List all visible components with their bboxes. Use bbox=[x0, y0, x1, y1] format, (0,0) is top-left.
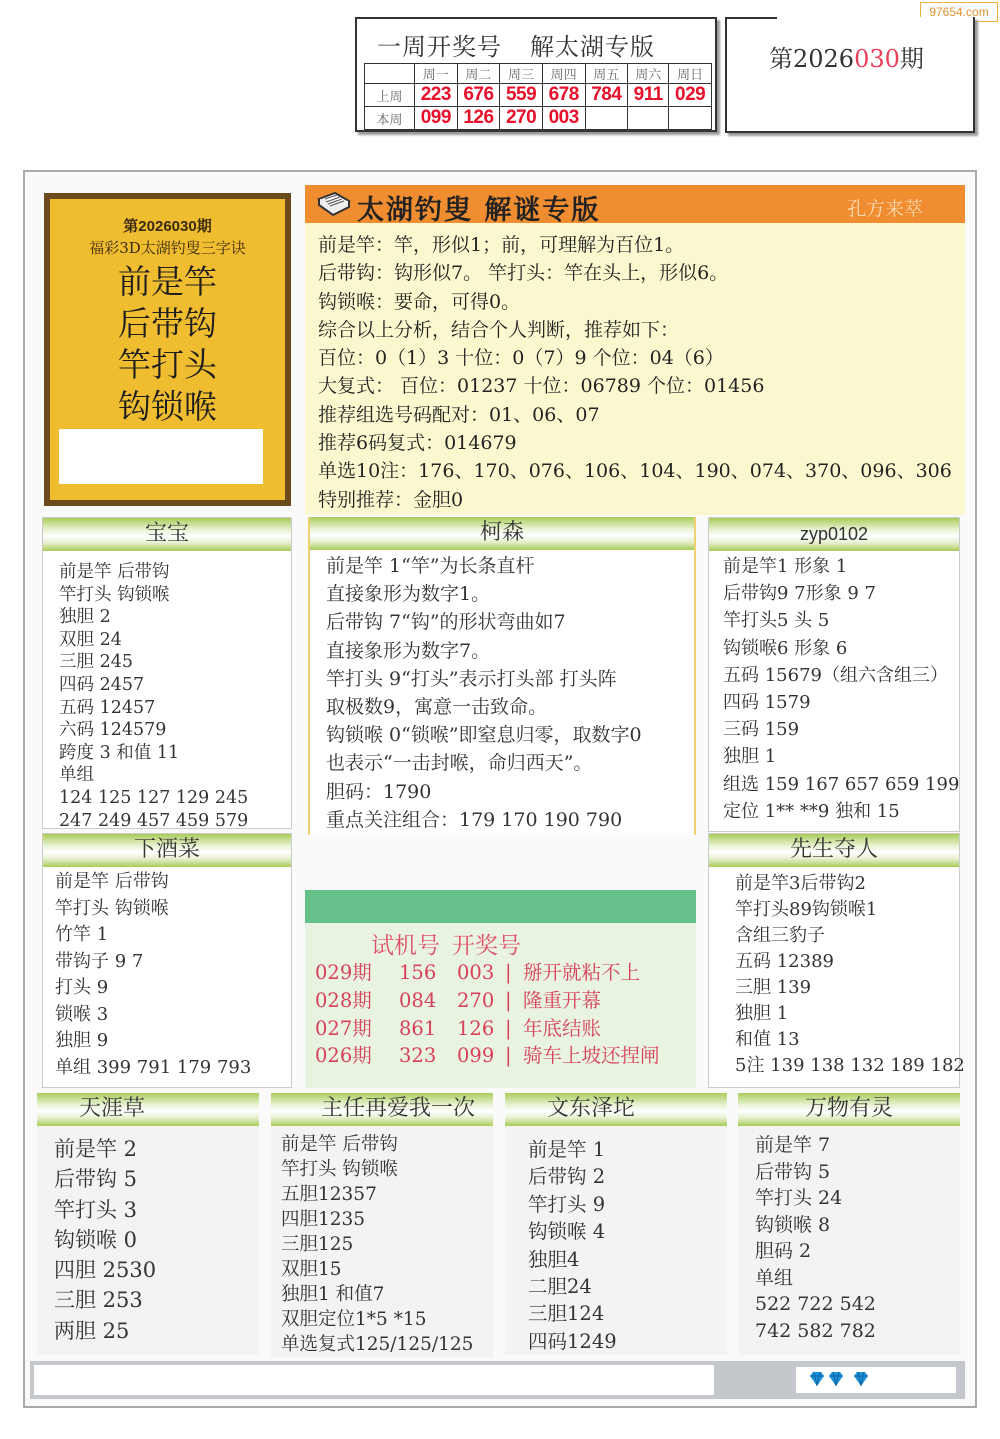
trial-note: 骑车上坡还捏闸 bbox=[523, 1042, 660, 1070]
footer-blank bbox=[34, 1365, 714, 1395]
day-header: 周三 bbox=[500, 64, 543, 84]
panel-line: 打头 9 bbox=[55, 975, 291, 1002]
panel-line: 单选复式125/125/125 bbox=[281, 1332, 493, 1357]
draw-number: 678 bbox=[542, 84, 585, 107]
panel-xianshengduoren: 先生夺人 前是竿3后带钩2 竿打头89钩锁喉1 含组三豹子 五码 12389 三… bbox=[708, 833, 960, 1088]
panel-line: 四胆 2530 bbox=[54, 1255, 259, 1285]
panel-line: 前是竿 后带钩 bbox=[55, 869, 291, 896]
panel-line: 独胆 2 bbox=[59, 606, 291, 629]
panel-line: 直接象形为数字1。 bbox=[326, 580, 694, 608]
trial-row: 028期084270|隆重开幕 bbox=[315, 987, 660, 1015]
trial-header-bar bbox=[305, 890, 696, 923]
panel-title: 柯森 bbox=[310, 517, 694, 550]
panel-line: 三胆125 bbox=[281, 1232, 493, 1257]
day-header: 周日 bbox=[669, 64, 712, 84]
frame-line bbox=[727, 17, 777, 19]
riddle-issue: 第2026030期 bbox=[50, 215, 285, 236]
panel-line: 522 722 542 bbox=[755, 1291, 960, 1318]
panel-line: 竿打头 9 bbox=[528, 1191, 727, 1218]
panel-title: zyp0102 bbox=[709, 518, 959, 551]
panel-wanwuyouling: 万物有灵 前是竿 7 后带钩 5 竿打头 24 钩锁喉 8 胆码 2 单组 52… bbox=[738, 1093, 960, 1355]
panel-line: 锁喉 3 bbox=[55, 1002, 291, 1029]
panel-line: 双胆 24 bbox=[59, 629, 291, 652]
draw-number bbox=[669, 107, 712, 130]
panel-line: 三胆 139 bbox=[735, 975, 959, 1001]
draw-number: 003 bbox=[542, 107, 585, 130]
panel-line: 前是竿 1 bbox=[528, 1136, 727, 1163]
issue-box: 第2026030期 bbox=[725, 17, 975, 133]
analysis-body: 前是竿：竿，形似1；前，可理解为百位1。 后带钩：钩形似7。 竿打头：竿在头上，… bbox=[305, 223, 965, 515]
panel-line: 竿打头 3 bbox=[54, 1195, 259, 1225]
trial-title: 试机号开奖号 bbox=[371, 927, 533, 960]
panel-title: 主任再爱我一次 bbox=[271, 1093, 493, 1126]
panel-xiajiucai: 下酒菜 前是竿 后带钩 竿打头 钩锁喉 竹竿 1 带钩子 9 7 打头 9 锁喉… bbox=[42, 833, 292, 1088]
panel-body: 前是竿 后带钩 竿打头 钩锁喉 独胆 2 双胆 24 三胆 245 四码 245… bbox=[43, 551, 291, 832]
corner-cell bbox=[365, 64, 415, 84]
riddle-line: 后带钩 bbox=[50, 303, 285, 345]
panel-tianyacao: 天涯草 前是竿 2 后带钩 5 竿打头 3 钩锁喉 0 四胆 2530 三胆 2… bbox=[37, 1093, 259, 1355]
panel-line: 双胆定位1*5 *15 bbox=[281, 1307, 493, 1332]
panel-body: 前是竿3后带钩2 竿打头89钩锁喉1 含组三豹子 五码 12389 三胆 139… bbox=[709, 867, 959, 1079]
panel-line: 重点关注组合：179 170 190 790 bbox=[326, 806, 694, 834]
panel-title: 宝宝 bbox=[43, 518, 291, 551]
panel-line: 也表示“一击封喉，命归西天”。 bbox=[326, 749, 694, 777]
panel-zyp0102: zyp0102 前是竿1 形象 1 后带钩9 7形象 9 7 竿打头5 头 5 … bbox=[708, 517, 960, 832]
draw-number: 676 bbox=[457, 84, 500, 107]
analysis-line: 推荐组选号码配对：01、06、07 bbox=[318, 401, 965, 429]
panel-line: 独胆4 bbox=[528, 1246, 727, 1273]
trial-note: 年底结账 bbox=[523, 1015, 601, 1043]
panel-line: 竿打头 钩锁喉 bbox=[281, 1157, 493, 1182]
diamond-icon bbox=[854, 1371, 868, 1387]
draw-number: 559 bbox=[500, 84, 543, 107]
trial-number: 323 bbox=[399, 1042, 457, 1070]
panel-line: 前是竿 2 bbox=[54, 1134, 259, 1164]
panel-wendongzetuo: 文东泽坨 前是竿 1 后带钩 2 竿打头 9 钩锁喉 4 独胆4 二胆24 三胆… bbox=[505, 1093, 727, 1355]
trial-issue: 026期 bbox=[315, 1042, 399, 1070]
this-week-row: 本周 099 126 270 003 bbox=[365, 107, 712, 130]
panel-line: 胆码：1790 bbox=[326, 778, 694, 806]
trial-row: 029期156003|掰开就粘不上 bbox=[315, 959, 660, 987]
draw-number: 223 bbox=[415, 84, 458, 107]
riddle-title-box: 第2026030期 福彩3D太湖钓叟三字诀 前是竿 后带钩 竿打头 钩锁喉 bbox=[44, 193, 291, 506]
panel-line: 三胆 253 bbox=[54, 1285, 259, 1315]
issue-number: 第2026030期 bbox=[769, 39, 924, 74]
panel-zhuren: 主任再爱我一次 前是竿 后带钩 竿打头 钩锁喉 五胆12357 四胆1235 三… bbox=[271, 1093, 493, 1358]
panel-line: 三码 159 bbox=[723, 716, 959, 743]
trial-rows: 029期156003|掰开就粘不上 028期084270|隆重开幕 027期86… bbox=[315, 959, 660, 1070]
analysis-line: 推荐6码复式：014679 bbox=[318, 429, 965, 457]
row-label: 本周 bbox=[365, 107, 415, 130]
draw-number: 784 bbox=[585, 84, 628, 107]
analysis-line: 特别推荐：金胆0 bbox=[318, 486, 965, 514]
panel-line: 跨度 3 和值 11 bbox=[59, 742, 291, 765]
panel-line: 四码 2457 bbox=[59, 674, 291, 697]
trial-issue: 028期 bbox=[315, 987, 399, 1015]
analysis-line: 后带钩：钩形似7。 竿打头：竿在头上，形似6。 bbox=[318, 259, 965, 287]
panel-line: 钩锁喉 0“锁喉”即窒息归零，取数字0 bbox=[326, 721, 694, 749]
draw-number: 099 bbox=[457, 1042, 505, 1070]
panel-title: 先生夺人 bbox=[709, 834, 959, 867]
last-week-row: 上周 223 676 559 678 784 911 029 bbox=[365, 84, 712, 107]
panel-line: 和值 13 bbox=[735, 1027, 959, 1053]
draw-number: 911 bbox=[628, 84, 669, 107]
panel-line: 竿打头89钩锁喉1 bbox=[735, 897, 959, 923]
panel-line: 六码 124579 bbox=[59, 719, 291, 742]
panel-line: 竿打头 钩锁喉 bbox=[59, 584, 291, 607]
panel-line: 二胆24 bbox=[528, 1273, 727, 1300]
panel-line: 前是竿 7 bbox=[755, 1132, 960, 1159]
panel-line: 四码1249 bbox=[528, 1328, 727, 1355]
trial-label: 试机号 bbox=[371, 933, 440, 959]
draw-number bbox=[628, 107, 669, 130]
panel-line: 三胆 245 bbox=[59, 651, 291, 674]
draw-label: 开奖号 bbox=[452, 933, 521, 959]
panel-line: 钩锁喉6 形象 6 bbox=[723, 635, 959, 662]
diamond-icon bbox=[810, 1371, 824, 1387]
panel-line: 直接象形为数字7。 bbox=[326, 637, 694, 665]
draw-number: 270 bbox=[457, 987, 505, 1015]
riddle-lines: 前是竿 后带钩 竿打头 钩锁喉 bbox=[50, 261, 285, 427]
panel-line: 钩锁喉 4 bbox=[528, 1218, 727, 1245]
analysis-line: 大复式： 百位：01237 十位：06789 个位：01456 bbox=[318, 372, 965, 400]
panel-line: 含组三豹子 bbox=[735, 923, 959, 949]
riddle-subtitle: 福彩3D太湖钓叟三字诀 bbox=[50, 237, 285, 258]
panel-line: 独胆 9 bbox=[55, 1028, 291, 1055]
weekly-title-text: 一周开奖号 bbox=[377, 33, 502, 61]
panel-line: 竹竿 1 bbox=[55, 922, 291, 949]
panel-body: 前是竿 后带钩 竿打头 钩锁喉 五胆12357 四胆1235 三胆125 双胆1… bbox=[271, 1126, 493, 1357]
panel-line: 后带钩 5 bbox=[54, 1164, 259, 1194]
panel-line: 5注 139 138 132 189 182 bbox=[735, 1053, 959, 1079]
panel-line: 五胆12357 bbox=[281, 1182, 493, 1207]
panel-body: 前是竿 1“竿”为长条直杆 直接象形为数字1。 后带钩 7“钩”的形状弯曲如7 … bbox=[310, 550, 694, 834]
panel-line: 前是竿 后带钩 bbox=[59, 561, 291, 584]
trial-issue: 027期 bbox=[315, 1015, 399, 1043]
panel-line: 后带钩 5 bbox=[755, 1159, 960, 1186]
panel-line: 后带钩 2 bbox=[528, 1163, 727, 1190]
trial-number: 084 bbox=[399, 987, 457, 1015]
panel-line: 五码 15679（组六含组三） bbox=[723, 662, 959, 689]
draw-number: 126 bbox=[457, 107, 500, 130]
panel-line: 后带钩 7“钩”的形状弯曲如7 bbox=[326, 608, 694, 636]
panel-line: 124 125 127 129 245 bbox=[59, 787, 291, 810]
draw-number: 126 bbox=[457, 1015, 505, 1043]
panel-line: 前是竿3后带钩2 bbox=[735, 871, 959, 897]
panel-kesen: 柯森 前是竿 1“竿”为长条直杆 直接象形为数字1。 后带钩 7“钩”的形状弯曲… bbox=[308, 517, 696, 835]
panel-title: 下酒菜 bbox=[43, 834, 291, 867]
weekly-draws-box: 一周开奖号解太湖专版 周一 周二 周三 周四 周五 周六 周日 上周 223 6… bbox=[355, 17, 717, 132]
analysis-line: 百位：0（1）3 十位：0（7）9 个位：04（6） bbox=[318, 344, 965, 372]
trial-number: 156 bbox=[399, 959, 457, 987]
panel-body: 前是竿 2 后带钩 5 竿打头 3 钩锁喉 0 四胆 2530 三胆 253 两… bbox=[37, 1126, 259, 1346]
trial-row: 027期861126|年底结账 bbox=[315, 1015, 660, 1043]
panel-line: 竿打头 9“打头”表示打头部 打头阵 bbox=[326, 665, 694, 693]
panel-line: 独胆 1 bbox=[735, 1001, 959, 1027]
issue-suffix: 期 bbox=[900, 45, 924, 73]
panel-line: 竿打头 24 bbox=[755, 1185, 960, 1212]
row-label: 上周 bbox=[365, 84, 415, 107]
panel-line: 独胆1 和值7 bbox=[281, 1282, 493, 1307]
day-header: 周六 bbox=[628, 64, 669, 84]
panel-line: 三胆124 bbox=[528, 1300, 727, 1327]
diamond-icon bbox=[829, 1371, 843, 1387]
panel-line: 四码 1579 bbox=[723, 689, 959, 716]
day-header: 周一 bbox=[415, 64, 458, 84]
analysis-line: 单选10注：176、170、076、106、104、190、074、370、09… bbox=[318, 457, 965, 485]
draw-number: 270 bbox=[500, 107, 543, 130]
day-header: 周五 bbox=[585, 64, 628, 84]
draw-number bbox=[585, 107, 628, 130]
panel-line: 取极数9，寓意一击致命。 bbox=[326, 693, 694, 721]
footer-gems bbox=[796, 1367, 956, 1393]
panel-line: 四胆1235 bbox=[281, 1207, 493, 1232]
analysis-header: 太湖钓叟 解谜专版 孔方来萃 bbox=[305, 185, 965, 223]
analysis-title: 太湖钓叟 解谜专版 bbox=[357, 188, 600, 227]
panel-line: 前是竿 后带钩 bbox=[281, 1132, 493, 1157]
weekly-subtitle-text: 解太湖专版 bbox=[530, 33, 655, 61]
analysis-line: 钩锁喉：要命，可得0。 bbox=[318, 288, 965, 316]
riddle-line: 钩锁喉 bbox=[50, 386, 285, 428]
draw-number: 029 bbox=[669, 84, 712, 107]
panel-line: 单组 bbox=[755, 1265, 960, 1292]
footer-bar bbox=[30, 1361, 965, 1399]
panel-line: 后带钩9 7形象 9 7 bbox=[723, 580, 959, 607]
panel-line: 五码 12389 bbox=[735, 949, 959, 975]
panel-body: 前是竿 后带钩 竿打头 钩锁喉 竹竿 1 带钩子 9 7 打头 9 锁喉 3 独… bbox=[43, 867, 291, 1081]
panel-line: 独胆 1 bbox=[723, 743, 959, 770]
separator: | bbox=[505, 1015, 523, 1043]
riddle-line: 前是竿 bbox=[50, 261, 285, 303]
weekly-title: 一周开奖号解太湖专版 bbox=[377, 27, 683, 62]
panel-title: 天涯草 bbox=[37, 1093, 259, 1126]
day-header: 周四 bbox=[542, 64, 585, 84]
panel-body: 前是竿 1 后带钩 2 竿打头 9 钩锁喉 4 独胆4 二胆24 三胆124 四… bbox=[505, 1126, 727, 1355]
panel-line: 五码 12457 bbox=[59, 697, 291, 720]
panel-title: 万物有灵 bbox=[738, 1093, 960, 1126]
weekly-table: 周一 周二 周三 周四 周五 周六 周日 上周 223 676 559 678 … bbox=[364, 63, 712, 130]
panel-line: 定位 1** **9 独和 15 bbox=[723, 798, 959, 825]
book-icon bbox=[317, 191, 351, 217]
draw-number: 099 bbox=[415, 107, 458, 130]
panel-body: 前是竿 7 后带钩 5 竿打头 24 钩锁喉 8 胆码 2 单组 522 722… bbox=[738, 1126, 960, 1344]
panel-baobao: 宝宝 前是竿 后带钩 竿打头 钩锁喉 独胆 2 双胆 24 三胆 245 四码 … bbox=[42, 517, 292, 829]
trial-numbers-box: 试机号开奖号 029期156003|掰开就粘不上 028期084270|隆重开幕… bbox=[305, 923, 696, 1088]
panel-body: 前是竿1 形象 1 后带钩9 7形象 9 7 竿打头5 头 5 钩锁喉6 形象 … bbox=[709, 551, 959, 825]
panel-line: 带钩子 9 7 bbox=[55, 949, 291, 976]
separator: | bbox=[505, 959, 523, 987]
analysis-line: 前是竿：竿，形似1；前，可理解为百位1。 bbox=[318, 231, 965, 259]
separator: | bbox=[505, 1042, 523, 1070]
weekly-days-row: 周一 周二 周三 周四 周五 周六 周日 bbox=[365, 64, 712, 84]
panel-line: 钩锁喉 8 bbox=[755, 1212, 960, 1239]
riddle-line: 竿打头 bbox=[50, 344, 285, 386]
blank-area bbox=[59, 429, 263, 484]
panel-line: 前是竿1 形象 1 bbox=[723, 553, 959, 580]
panel-line: 胆码 2 bbox=[755, 1238, 960, 1265]
trial-issue: 029期 bbox=[315, 959, 399, 987]
panel-line: 竿打头 钩锁喉 bbox=[55, 896, 291, 923]
analysis-line: 综合以上分析，结合个人判断，推荐如下： bbox=[318, 316, 965, 344]
issue-highlight: 030 bbox=[854, 45, 900, 73]
day-header: 周二 bbox=[457, 64, 500, 84]
trial-note: 隆重开幕 bbox=[523, 987, 601, 1015]
panel-line: 双胆15 bbox=[281, 1257, 493, 1282]
panel-line: 单组 399 791 179 793 bbox=[55, 1055, 291, 1082]
analysis-author: 孔方来萃 bbox=[847, 194, 923, 221]
trial-note: 掰开就粘不上 bbox=[523, 959, 640, 987]
panel-title: 文东泽坨 bbox=[505, 1093, 727, 1126]
draw-number: 003 bbox=[457, 959, 505, 987]
panel-line: 前是竿 1“竿”为长条直杆 bbox=[326, 552, 694, 580]
panel-line: 组选 159 167 657 659 199 bbox=[723, 771, 959, 798]
panel-line: 竿打头5 头 5 bbox=[723, 607, 959, 634]
issue-prefix: 第2026 bbox=[769, 45, 854, 73]
panel-line: 单组 bbox=[59, 764, 291, 787]
panel-line: 钩锁喉 0 bbox=[54, 1225, 259, 1255]
trial-number: 861 bbox=[399, 1015, 457, 1043]
trial-row: 026期323099|骑车上坡还捏闸 bbox=[315, 1042, 660, 1070]
panel-line: 742 582 782 bbox=[755, 1318, 960, 1345]
panel-line: 两胆 25 bbox=[54, 1316, 259, 1346]
panel-line: 247 249 457 459 579 bbox=[59, 810, 291, 833]
separator: | bbox=[505, 987, 523, 1015]
